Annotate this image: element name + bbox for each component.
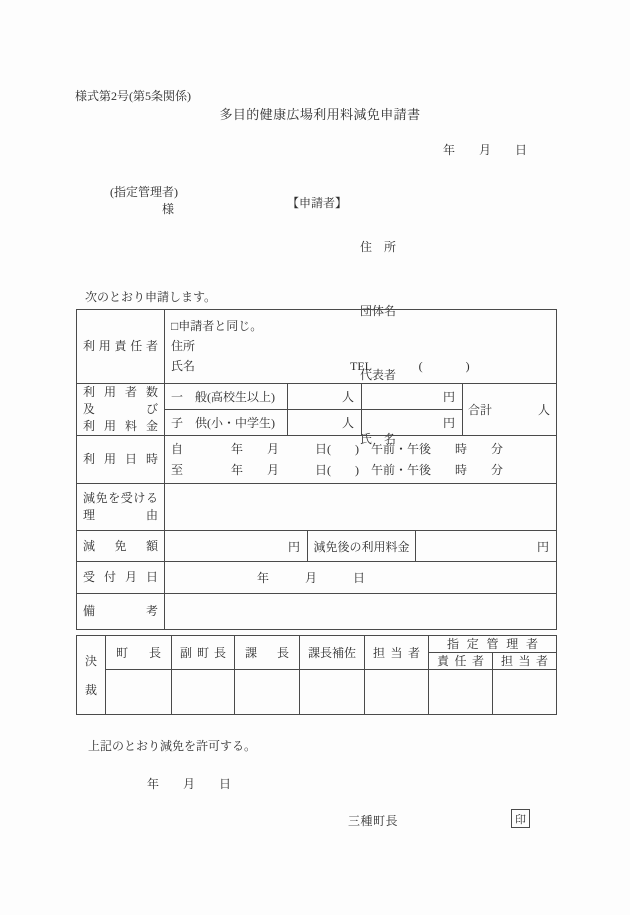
responsible-label-cell: 利用責任者 (77, 310, 165, 384)
remarks-row: 備考 (77, 594, 557, 630)
responsible-address-label: 住所 (171, 336, 550, 356)
responsible-name-label: 氏名 (171, 359, 195, 373)
header-section-chief: 課長 (235, 636, 300, 670)
remarks-label: 備考 (83, 603, 158, 620)
fee-after-reduction-label: 減免後の利用料金 (308, 531, 416, 562)
general-people-cell: 人 (288, 384, 362, 410)
header-designated-manager: 指定管理者 (429, 636, 557, 653)
approval-sign-row (77, 670, 557, 715)
category-children: 子 供(小・中学生) (165, 410, 288, 436)
permit-sentence: 上記のとおり減免を許可する。 (88, 737, 256, 754)
header-mayor: 町長 (106, 636, 172, 670)
header-manager-person-in-charge: 担当者 (493, 653, 557, 670)
sign-cell-mayor (106, 670, 172, 715)
total-label: 合計 (468, 401, 492, 418)
applicant-heading: 【申請者】 (287, 194, 347, 211)
addressee-designated-manager: (指定管理者) (110, 185, 178, 199)
application-table: 利用責任者 □申請者と同じ。 住所 氏名 TEL ( ) 利用者数 及び 利用料… (76, 309, 557, 630)
responsible-name-tel-line: 氏名 TEL ( ) (171, 356, 550, 376)
reason-label-cell: 減免を受ける 理由 (77, 484, 165, 531)
header-manager-responsible: 責任者 (429, 653, 493, 670)
users-fees-row-general: 利用者数 及び 利用料金 一 般(高校生以上) 人 円 合計 人 (77, 384, 557, 410)
sign-cell-assistant-section-chief (300, 670, 365, 715)
sign-cell-deputy-mayor (172, 670, 235, 715)
responsible-row: 利用責任者 □申請者と同じ。 住所 氏名 TEL ( ) (77, 310, 557, 384)
seal-mark: 印 (511, 809, 530, 828)
remarks-label-cell: 備考 (77, 594, 165, 630)
reason-blank-cell (165, 484, 557, 531)
same-as-applicant-checkbox-line: □申請者と同じ。 (171, 316, 550, 336)
reduction-label: 減免額 (83, 538, 158, 555)
children-yen-cell: 円 (362, 410, 463, 436)
use-datetime-content-cell: 自 年 月 日( ) 午前・午後 時 分 至 年 月 日( ) 午前・午後 時 … (165, 436, 557, 484)
reception-label-cell: 受付月日 (77, 562, 165, 594)
datetime-to-line: 至 年 月 日( ) 午前・午後 時 分 (171, 460, 556, 481)
total-cell: 合計 人 (463, 384, 557, 436)
addressee-line: (指定管理者) 様 (98, 168, 178, 232)
sign-cell-section-chief (235, 670, 300, 715)
reason-row: 減免を受ける 理由 (77, 484, 557, 531)
users-fees-label-line1: 利用者数 (83, 384, 158, 401)
tel-paren-open: ( (419, 359, 423, 373)
page-title: 多目的健康広場利用料減免申請書 (0, 104, 630, 123)
reduction-amount-cell: 円 (165, 531, 308, 562)
reduction-label-cell: 減免額 (77, 531, 165, 562)
general-yen-cell: 円 (362, 384, 463, 410)
application-form-page: 様式第2号(第5条関係) 多目的健康広場利用料減免申請書 年 月 日 (指定管理… (0, 0, 630, 915)
sign-cell-person-in-charge (365, 670, 429, 715)
sign-cell-manager-responsible (429, 670, 493, 715)
users-fees-label-cell: 利用者数 及び 利用料金 (77, 384, 165, 436)
form-number: 様式第2号(第5条関係) (75, 87, 191, 104)
kessai-char-2: 裁 (85, 681, 97, 698)
fee-after-reduction-cell: 円 (416, 531, 557, 562)
addressee-honorific: 様 (162, 202, 174, 216)
header-person-in-charge: 担当者 (365, 636, 429, 670)
intro-sentence: 次のとおり申請します。 (85, 288, 216, 305)
responsible-content-cell: □申請者と同じ。 住所 氏名 TEL ( ) (165, 310, 557, 384)
users-fees-label-line3: 利用料金 (83, 418, 158, 435)
reduction-row: 減免額 円 減免後の利用料金 円 (77, 531, 557, 562)
applicant-address-label: 住 所 (360, 237, 396, 258)
reception-label: 受付月日 (83, 569, 158, 586)
use-datetime-label: 利用日時 (83, 451, 158, 468)
reason-label-line2: 理由 (83, 507, 158, 524)
tel-paren-close: ) (466, 359, 470, 373)
approval-table: 決 裁 町長 副町長 課長 課長補佐 担当者 指定管理者 責任者 担当者 (76, 635, 557, 715)
header-deputy-mayor: 副町長 (172, 636, 235, 670)
responsible-label: 利用責任者 (83, 338, 158, 355)
datetime-from-line: 自 年 月 日( ) 午前・午後 時 分 (171, 439, 556, 460)
application-date-blank: 年 月 日 (443, 141, 527, 158)
kessai-char-1: 決 (85, 652, 97, 669)
kessai-label-cell: 決 裁 (77, 636, 106, 715)
users-fees-label-line2: 及び (83, 401, 158, 418)
children-people-cell: 人 (288, 410, 362, 436)
permit-date-blank: 年 月 日 (147, 775, 231, 792)
header-assistant-section-chief: 課長補佐 (300, 636, 365, 670)
reception-date-row: 受付月日 年 月 日 (77, 562, 557, 594)
reason-label-line1: 減免を受ける (83, 490, 158, 507)
total-people-unit: 人 (538, 401, 550, 418)
mayor-signature-label: 三種町長 (348, 812, 398, 829)
reception-date-blank: 年 月 日 (165, 562, 557, 594)
tel-label: TEL (350, 359, 372, 373)
remarks-blank-cell (165, 594, 557, 630)
use-datetime-label-cell: 利用日時 (77, 436, 165, 484)
category-general: 一 般(高校生以上) (165, 384, 288, 410)
use-datetime-row: 利用日時 自 年 月 日( ) 午前・午後 時 分 至 年 月 日( ) 午前・… (77, 436, 557, 484)
sign-cell-manager-person-in-charge (493, 670, 557, 715)
approval-header-row-1: 決 裁 町長 副町長 課長 課長補佐 担当者 指定管理者 (77, 636, 557, 653)
